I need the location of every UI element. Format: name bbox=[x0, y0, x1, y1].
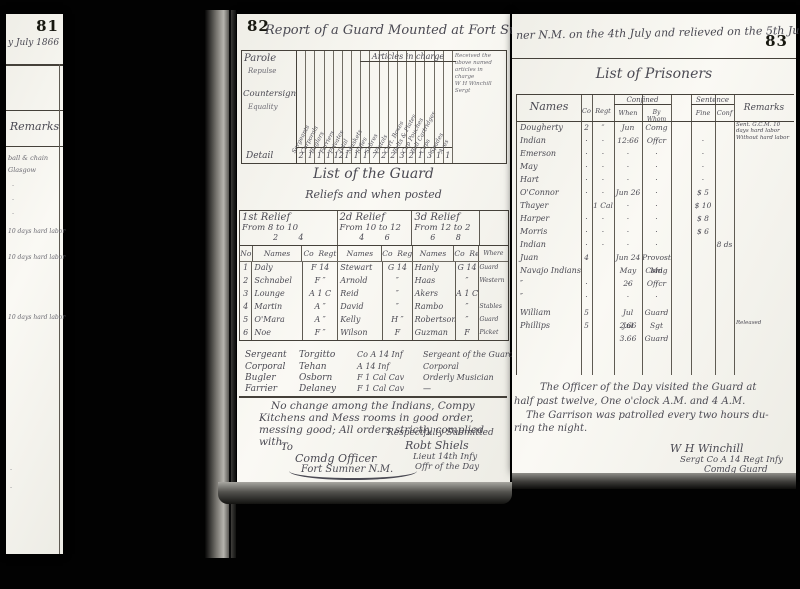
muster-remarks-column: Received the above named articles in cha… bbox=[453, 51, 506, 163]
rule bbox=[512, 58, 796, 59]
cell: Stewart bbox=[338, 262, 383, 275]
cell: · bbox=[581, 277, 592, 290]
page-81: 81 y July 1866 Remarks ball & chain Glas… bbox=[6, 14, 63, 554]
relief-3-cell: 3d Relief From 12 to 2 6 8 bbox=[412, 211, 479, 245]
nco-name: Delaney bbox=[299, 384, 336, 394]
officer-rank: Lieut 14th Infy bbox=[413, 452, 477, 462]
remark-entry: 10 days hard labor bbox=[8, 254, 65, 261]
cell: · bbox=[592, 134, 614, 147]
cell: ″ bbox=[592, 121, 614, 134]
nco-role: Farrier bbox=[245, 384, 277, 394]
nco-name: Tehan bbox=[299, 362, 327, 372]
nco-name: Torgitto bbox=[299, 350, 335, 360]
cell: Stables bbox=[479, 301, 508, 314]
nco-role: Sergeant bbox=[245, 350, 287, 360]
prisoner-row: May · · · · · bbox=[517, 160, 794, 173]
muster-remarks-line: above named bbox=[455, 60, 505, 67]
cell: Arnold bbox=[338, 275, 383, 288]
page-82-title: Report of a Guard Mounted at Fort Sum- bbox=[265, 23, 509, 38]
cell: · bbox=[614, 199, 642, 212]
page-83-title: ner N.M. on the 4th July and relieved on… bbox=[516, 23, 800, 42]
cell: ″ bbox=[456, 314, 480, 327]
cell: · bbox=[592, 212, 614, 225]
nco-unit: Co A 14 Inf bbox=[357, 350, 403, 359]
header-no: No bbox=[240, 246, 253, 261]
prisoner-name: Harper bbox=[520, 212, 549, 225]
cell: · bbox=[642, 134, 671, 147]
cell: Without hard labor bbox=[736, 135, 792, 141]
cell: · bbox=[642, 173, 671, 186]
header-where-posted: Where posted bbox=[479, 246, 508, 261]
header-names: Names bbox=[338, 246, 382, 261]
cell: F ″ bbox=[303, 275, 338, 288]
prisoner-row: O'Connor · · Jun 26 · $ 5 bbox=[517, 186, 794, 199]
cell: 5 bbox=[240, 314, 252, 327]
muster-remarks-line: Sergt bbox=[455, 88, 505, 95]
relief-2-cell: 2d Relief From 10 to 12 4 6 bbox=[338, 211, 413, 245]
header-remarks: Remarks bbox=[734, 103, 794, 113]
parole-word: Repulse bbox=[248, 67, 276, 75]
rule bbox=[6, 146, 63, 147]
cell: · bbox=[614, 212, 642, 225]
cell: Sgt Guard bbox=[642, 319, 671, 345]
cell: Robertson bbox=[413, 314, 456, 327]
cell: Released bbox=[736, 320, 792, 326]
page-81-remarks-header: Remarks bbox=[6, 120, 63, 133]
relief-1-cell: 1st Relief From 8 to 10 2 4 bbox=[240, 211, 338, 245]
cell: · bbox=[691, 147, 715, 160]
cell: Martin bbox=[252, 301, 303, 314]
cell: F bbox=[383, 327, 413, 340]
remark-entry: Glasgow bbox=[8, 166, 36, 174]
relief-3-hours: From 12 to 2 bbox=[414, 223, 476, 233]
cell: Akers bbox=[413, 288, 456, 301]
cell: · bbox=[642, 160, 671, 173]
prisoner-row: Hart · · · · · bbox=[517, 173, 794, 186]
nco-duty: Orderly Musician bbox=[423, 373, 494, 382]
cell: $ 6 bbox=[691, 225, 715, 238]
page-edge-shadow bbox=[218, 482, 512, 504]
detail-value: 1 bbox=[444, 147, 452, 163]
cell: Guard bbox=[642, 306, 671, 319]
relief-table: 1st Relief From 8 to 10 2 4 2d Relief Fr… bbox=[239, 210, 509, 341]
ood-paragraph-line: The Garrison was patrolled every two hou… bbox=[526, 410, 769, 421]
cell: Wilson bbox=[338, 327, 383, 340]
header-sentence-group: Sentence bbox=[691, 96, 734, 105]
cell: · bbox=[581, 173, 592, 186]
prisoner-name: Indian bbox=[520, 134, 546, 147]
page-83: 83 ner N.M. on the 4th July and relieved… bbox=[512, 14, 796, 473]
nco-duty: Corporal bbox=[423, 362, 459, 371]
section-reliefs: Reliefs and when posted bbox=[237, 188, 510, 201]
cell: $ 5 bbox=[691, 186, 715, 199]
cell: Guard Room bbox=[479, 314, 508, 327]
remark-entry: · bbox=[10, 484, 12, 492]
cell: A 1 C bbox=[303, 288, 338, 301]
cell: · bbox=[691, 160, 715, 173]
prisoner-row: William 5 Jul 2.66 Guard bbox=[517, 306, 794, 319]
cell: F 14 bbox=[303, 262, 338, 275]
cell: 4 bbox=[240, 301, 252, 314]
header-when: When bbox=[614, 109, 642, 117]
relief-spacer-cell bbox=[480, 211, 508, 245]
cell: ″ bbox=[383, 301, 413, 314]
relief-2-hours2: 4 6 bbox=[340, 233, 410, 242]
cell: H ″ bbox=[383, 314, 413, 327]
cell: Guzman bbox=[413, 327, 456, 340]
relief-2-hours: From 10 to 12 bbox=[340, 223, 410, 233]
muster-label-column: Parole Repulse Countersign Equality Deta… bbox=[242, 51, 297, 163]
section-list-of-guard: List of the Guard bbox=[237, 166, 510, 182]
nco-line: Farrier Delaney F 1 Cal Cav — bbox=[245, 384, 502, 395]
officer-signature: Robt Shiels bbox=[405, 439, 469, 452]
cell: Haas bbox=[413, 275, 456, 288]
cell: Guard House bbox=[479, 262, 508, 275]
signature-flourish bbox=[289, 462, 417, 480]
nco-unit: A 14 Inf bbox=[357, 362, 389, 371]
cell: ″ bbox=[383, 288, 413, 301]
countersign-word: Equality bbox=[248, 103, 278, 111]
ood-paragraph-line: half past twelve, One o'clock A.M. and 4… bbox=[514, 396, 745, 407]
cell: · bbox=[581, 225, 592, 238]
cell: 1 Cal bbox=[592, 199, 614, 212]
relief-column-headers: No Names Co Regt Names Co Regt Names Co … bbox=[240, 245, 508, 261]
prisoner-name: ″ bbox=[520, 290, 523, 303]
cell: ″ bbox=[456, 275, 480, 288]
cell: · bbox=[642, 238, 671, 251]
prisoner-row: Navajo Indians May 26 Comg Offcr bbox=[517, 264, 794, 277]
header-co-regt: Co Regt bbox=[454, 246, 478, 261]
rule bbox=[6, 110, 63, 111]
guard-row: 4 Martin A ″ David ″ Rambo ″ Stables bbox=[240, 301, 508, 314]
relief-2-name: 2d Relief bbox=[340, 212, 410, 223]
cell: · bbox=[614, 290, 642, 303]
detail-label: Detail bbox=[246, 151, 273, 161]
cell: Daly bbox=[252, 262, 303, 275]
nco-duty: — bbox=[423, 384, 431, 393]
cell: Sent. G.C.M. 10 days hard labor bbox=[736, 122, 792, 134]
remark-entry: 10 days hard labor bbox=[8, 228, 65, 235]
book-spine bbox=[205, 10, 236, 558]
cell: · bbox=[581, 290, 592, 303]
cell: F bbox=[456, 327, 480, 340]
page-81-number: 81 bbox=[36, 17, 59, 35]
prisoner-row: Juan 4 Jun 24 Provost Md bbox=[517, 251, 794, 264]
prisoner-name: William bbox=[520, 306, 551, 319]
header-names: Names bbox=[413, 246, 455, 261]
guard-muster-table: Parole Repulse Countersign Equality Deta… bbox=[241, 50, 507, 164]
prisoner-name: Navajo Indians bbox=[520, 264, 581, 277]
header-co-regt: Co Regt bbox=[302, 246, 338, 261]
remark-entry: · bbox=[12, 196, 14, 204]
prisoner-row: Phillips 5 Jul 3.66 Sgt Guard Released bbox=[517, 319, 794, 332]
prisoners-table: Names Co Regt Confined When By Whom Sent… bbox=[516, 94, 794, 375]
report-paragraph-line: Kitchens and Mess rooms in good order, bbox=[259, 412, 474, 424]
relief-1-hours2: 2 4 bbox=[242, 233, 335, 242]
cell: · bbox=[592, 160, 614, 173]
remark-entry: ball & chain bbox=[8, 154, 48, 162]
guard-row: 6 Noe F ″ Wilson F Guzman F Picket Line bbox=[240, 327, 508, 340]
nco-role: Bugler bbox=[245, 373, 276, 383]
cell: F ″ bbox=[303, 327, 338, 340]
cell: ″ bbox=[456, 301, 480, 314]
cell: · bbox=[592, 173, 614, 186]
cell: Hanly bbox=[413, 262, 456, 275]
guard-row: 3 Lounge A 1 C Reid ″ Akers A 1 C bbox=[240, 288, 508, 301]
prisoner-name: Phillips bbox=[520, 319, 550, 332]
cell: 4 bbox=[581, 251, 592, 264]
guard-commander-signature: W H Winchill bbox=[670, 442, 743, 455]
cell: · bbox=[691, 173, 715, 186]
cell: · bbox=[592, 186, 614, 199]
prisoner-row: Emerson · · · · · bbox=[517, 147, 794, 160]
relief-1-name: 1st Relief bbox=[242, 212, 335, 223]
prisoner-name: Indian bbox=[520, 238, 546, 251]
cell: Picket Line bbox=[479, 327, 508, 340]
addressee-to: To bbox=[281, 442, 293, 453]
rule bbox=[239, 396, 507, 398]
cell: · bbox=[581, 186, 592, 199]
muster-remarks-line: articles in bbox=[455, 67, 505, 74]
cell: · bbox=[642, 225, 671, 238]
prisoner-name: Emerson bbox=[520, 147, 556, 160]
muster-column: Axes1 bbox=[444, 51, 453, 163]
header-co-regt: Co Regt bbox=[382, 246, 412, 261]
cell: · bbox=[642, 199, 671, 212]
relief-3-name: 3d Relief bbox=[414, 212, 476, 223]
section-list-of-prisoners: List of Prisoners bbox=[512, 66, 796, 82]
prisoner-name: May bbox=[520, 160, 537, 173]
prisoner-name: Dougherty bbox=[520, 121, 563, 134]
ood-paragraph-line: The Officer of the Day visited the Guard… bbox=[540, 382, 756, 393]
prisoner-row: Indian · · · · · Without hard labor bbox=[517, 134, 794, 147]
nco-line: Corporal Tehan A 14 Inf Corporal bbox=[245, 362, 502, 373]
header-confined-group: Confined bbox=[614, 96, 671, 105]
cell: Western Gate bbox=[479, 275, 508, 288]
cell: · bbox=[581, 212, 592, 225]
parole-label: Parole bbox=[244, 53, 276, 64]
nco-line: Sergeant Torgitto Co A 14 Inf Sergeant o… bbox=[245, 350, 502, 361]
guard-commander-unit: Sergt Co A 14 Regt Infy bbox=[680, 455, 783, 465]
cell: · bbox=[614, 225, 642, 238]
prisoner-name: O'Connor bbox=[520, 186, 559, 199]
cell: · bbox=[581, 147, 592, 160]
cell: · bbox=[581, 238, 592, 251]
cell: 6 bbox=[240, 327, 252, 340]
cell: ″ bbox=[383, 275, 413, 288]
cell: O'Mara bbox=[252, 314, 303, 327]
cell: Lounge bbox=[252, 288, 303, 301]
cell: 8 ds bbox=[715, 238, 734, 251]
officer-duty: Offr of the Day bbox=[415, 462, 479, 472]
articles-group-header: Articles in charge bbox=[360, 52, 456, 62]
ood-paragraph-line: ring the night. bbox=[514, 423, 587, 434]
cell: G 14 bbox=[456, 262, 480, 275]
prisoner-row: ″ · · · bbox=[517, 277, 794, 290]
cell: · bbox=[592, 147, 614, 160]
cell: 3 bbox=[240, 288, 252, 301]
cell: Kelly bbox=[338, 314, 383, 327]
cell: Jun 24 bbox=[614, 251, 642, 264]
cell: · bbox=[614, 277, 642, 290]
cell: · bbox=[614, 134, 642, 147]
cell bbox=[479, 288, 508, 301]
spine-line bbox=[229, 10, 231, 558]
cell: $ 8 bbox=[691, 212, 715, 225]
prisoner-row: Harper · · · · $ 8 bbox=[517, 212, 794, 225]
cell: Reid bbox=[338, 288, 383, 301]
relief-header-row: 1st Relief From 8 to 10 2 4 2d Relief Fr… bbox=[240, 211, 508, 245]
remark-entry: · bbox=[12, 182, 14, 190]
page-81-top-note: y July 1866 bbox=[8, 38, 59, 48]
nco-line: Bugler Osborn F 1 Cal Cav Orderly Musici… bbox=[245, 373, 502, 384]
nco-unit: F 1 Cal Cav bbox=[357, 373, 404, 382]
prisoner-name: Morris bbox=[520, 225, 547, 238]
prisoner-row: Thayer 1 Cal · · $ 10 bbox=[517, 199, 794, 212]
cell: · bbox=[614, 147, 642, 160]
cell: Noe bbox=[252, 327, 303, 340]
respectfully-line: Respectfully Submitted bbox=[387, 428, 494, 438]
cell: · bbox=[691, 134, 715, 147]
cell: · bbox=[642, 212, 671, 225]
cell: David bbox=[338, 301, 383, 314]
cell: · bbox=[592, 225, 614, 238]
column-line bbox=[59, 64, 60, 554]
cell: · bbox=[642, 290, 671, 303]
cell: · bbox=[581, 160, 592, 173]
countersign-label: Countersign bbox=[243, 89, 296, 99]
relief-1-hours: From 8 to 10 bbox=[242, 223, 335, 233]
cell: · bbox=[614, 173, 642, 186]
muster-remarks-line: W H Winchill bbox=[455, 81, 505, 88]
prisoner-row: ″ · · · bbox=[517, 290, 794, 303]
cell: G 14 bbox=[383, 262, 413, 275]
header-co: Co bbox=[581, 107, 592, 115]
header-names: Names bbox=[253, 246, 303, 261]
page-edge-shadow bbox=[512, 473, 796, 489]
cell: Schnabel bbox=[252, 275, 303, 288]
prisoner-row: Dougherty 2 ″ Jun 12.66 Comg Offcr Sent.… bbox=[517, 121, 794, 134]
muster-remarks-line: Received the bbox=[455, 53, 505, 60]
cell: 5 bbox=[581, 319, 592, 332]
cell: · bbox=[614, 238, 642, 251]
remark-entry: · bbox=[10, 466, 12, 474]
scanned-ledger-photo: { "page81": { "number": "81", "top_note"… bbox=[0, 0, 800, 589]
cell: Jul 3.66 bbox=[614, 319, 642, 345]
cell: · bbox=[642, 277, 671, 290]
guard-row: 1 Daly F 14 Stewart G 14 Hanly G 14 Guar… bbox=[240, 261, 508, 275]
cell: 2 bbox=[240, 275, 252, 288]
remark-entry: 10 days hard labor bbox=[8, 314, 65, 321]
cell: · bbox=[592, 238, 614, 251]
nco-name: Osborn bbox=[299, 373, 332, 383]
cell: $ 10 bbox=[691, 199, 715, 212]
cell: A ″ bbox=[303, 314, 338, 327]
guard-row: 2 Schnabel F ″ Arnold ″ Haas ″ Western G… bbox=[240, 275, 508, 288]
muster-remarks-line: charge bbox=[455, 74, 505, 81]
nco-unit: F 1 Cal Cav bbox=[357, 384, 404, 393]
cell: · bbox=[581, 134, 592, 147]
cell: · bbox=[614, 160, 642, 173]
report-paragraph-line: No change among the Indians, Compy bbox=[271, 400, 475, 412]
prisoner-name: Hart bbox=[520, 173, 539, 186]
relief-3-hours2: 6 8 bbox=[414, 233, 476, 242]
header-regt: Regt bbox=[592, 107, 614, 115]
cell: · bbox=[642, 147, 671, 160]
prisoner-row: Indian · · · · 8 ds bbox=[517, 238, 794, 251]
cell: Jun 26 bbox=[614, 186, 642, 199]
cell: 5 bbox=[581, 306, 592, 319]
prisoner-row: Morris · · · · $ 6 bbox=[517, 225, 794, 238]
rule bbox=[6, 64, 63, 66]
nco-role: Corporal bbox=[245, 362, 285, 372]
page-82: 82 Report of a Guard Mounted at Fort Sum… bbox=[237, 14, 510, 482]
header-conf: Conf bbox=[715, 109, 734, 117]
prisoner-name: ″ bbox=[520, 277, 523, 290]
cell: 2 bbox=[581, 121, 592, 134]
cell: A ″ bbox=[303, 301, 338, 314]
prisoner-name: Thayer bbox=[520, 199, 548, 212]
cell: Rambo bbox=[413, 301, 456, 314]
header-names: Names bbox=[517, 100, 581, 113]
cell: · bbox=[642, 186, 671, 199]
remark-entry: · bbox=[12, 210, 14, 218]
cell: A 1 C bbox=[456, 288, 480, 301]
guard-row: 5 O'Mara A ″ Kelly H ″ Robertson ″ Guard… bbox=[240, 314, 508, 327]
header-fine: Fine bbox=[691, 109, 715, 117]
prisoner-name: Juan bbox=[520, 251, 538, 264]
cell: 1 bbox=[240, 262, 252, 275]
nco-duty: Sergeant of the Guard bbox=[423, 350, 514, 359]
